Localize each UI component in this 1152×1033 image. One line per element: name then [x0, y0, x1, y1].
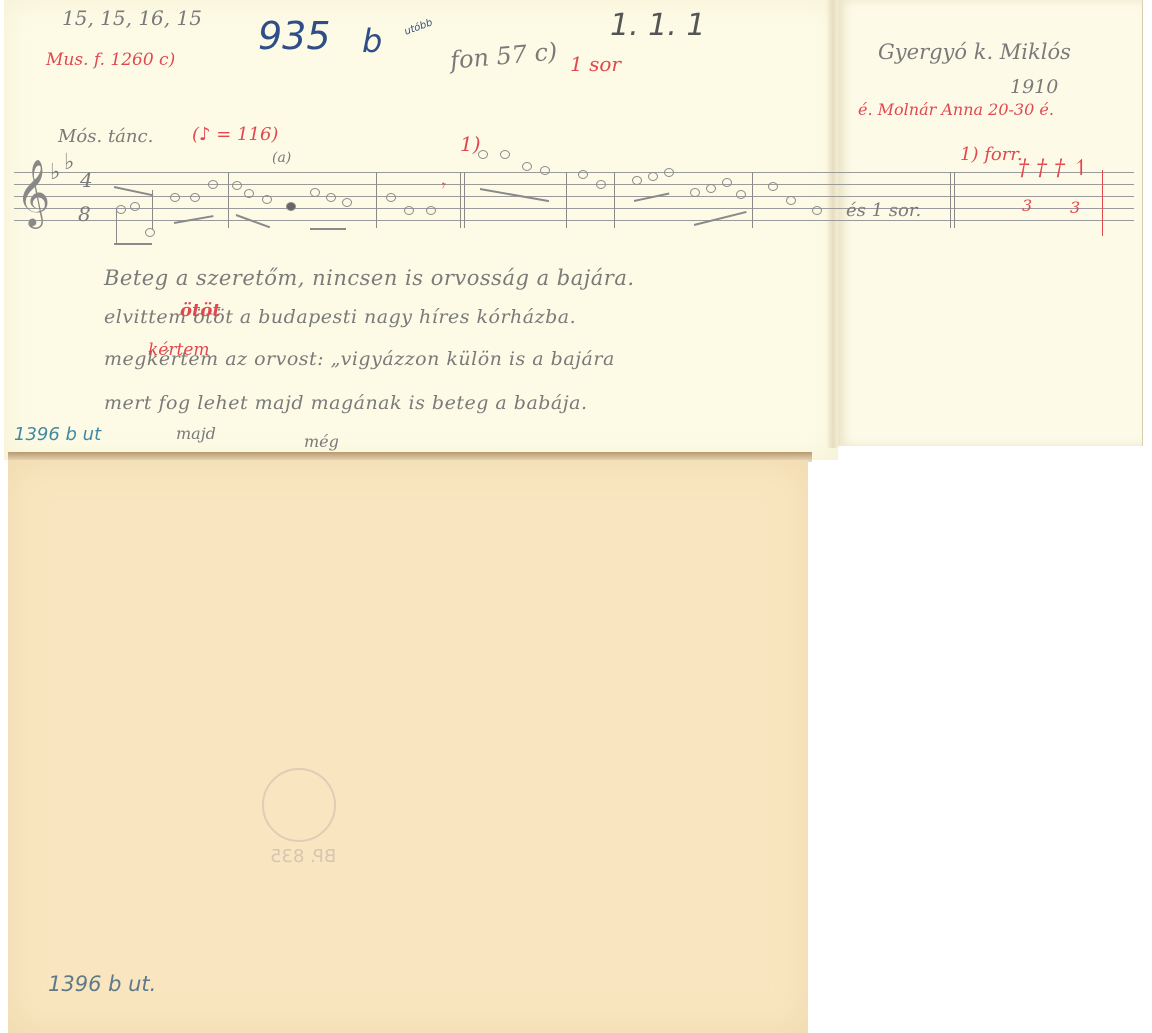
margin-note-top: 1396 b ut [14, 424, 101, 445]
lyric-alternate: még [304, 432, 339, 451]
time-signature-bottom: 8 [78, 202, 91, 226]
fon-reference-red: 1 sor [570, 52, 621, 76]
double-barline [950, 172, 951, 228]
flat-icon: ♭ [64, 150, 74, 175]
margin-note-bottom: 1396 b ut. [48, 972, 156, 996]
barline [614, 172, 615, 228]
barline [566, 172, 567, 228]
lyric-line-2: elvittem ötöt a budapesti nagy híres kór… [104, 306, 576, 328]
collection-year: 1910 [1010, 76, 1058, 98]
singer-info: é. Molnár Anna 20-30 é. [858, 100, 1054, 119]
red-barline [1102, 170, 1103, 236]
triplet-mark: 3 [1070, 198, 1080, 217]
barline [228, 172, 229, 228]
lyric-correction: kértem [148, 340, 210, 360]
manuscript-right-flap [838, 0, 1143, 446]
lyric-line-1: Beteg a szeretőm, nincsen is orvosság a … [104, 266, 635, 290]
stamp-number: BP. 835 [270, 846, 336, 867]
annotation-a: (a) [272, 150, 291, 166]
classification-number: 1. 1. 1 [610, 8, 705, 43]
paper-fold [826, 0, 840, 448]
end-text: és 1 sor. [846, 200, 921, 221]
triplet-mark: 3 [1022, 196, 1032, 215]
variant-label: 1) forr. [960, 144, 1023, 165]
double-barline [954, 172, 955, 228]
catalog-suffix: b [362, 22, 382, 60]
treble-clef-icon: 𝄞 [16, 158, 50, 227]
variant-notes: † † † ↿ [1018, 156, 1090, 181]
barline [376, 172, 377, 228]
archive-reference: Mus. f. 1260 c) [46, 50, 175, 70]
tempo-marking: (♪ = 116) [192, 124, 278, 145]
music-title: Mós. tánc. [58, 126, 153, 147]
catalog-number: 935 [258, 14, 331, 58]
barline [752, 172, 753, 228]
double-barline [464, 172, 465, 228]
lyric-line-4: mert fog lehet majd magának is beteg a b… [104, 392, 588, 414]
double-barline [460, 172, 461, 228]
library-stamp-icon [262, 768, 336, 842]
place-collector: Gyergyó k. Miklós [878, 40, 1071, 64]
flat-icon: ♭ [50, 160, 60, 185]
lyric-correction: ötöt [180, 300, 221, 321]
lyric-alternate: majd [176, 424, 216, 443]
rest-icon: 𝄾 [440, 176, 444, 196]
music-staff [14, 172, 1134, 216]
time-signature-top: 4 [80, 168, 93, 192]
manuscript-bottom-sheet [8, 460, 808, 1033]
syllable-counts: 15, 15, 16, 15 [62, 6, 202, 30]
